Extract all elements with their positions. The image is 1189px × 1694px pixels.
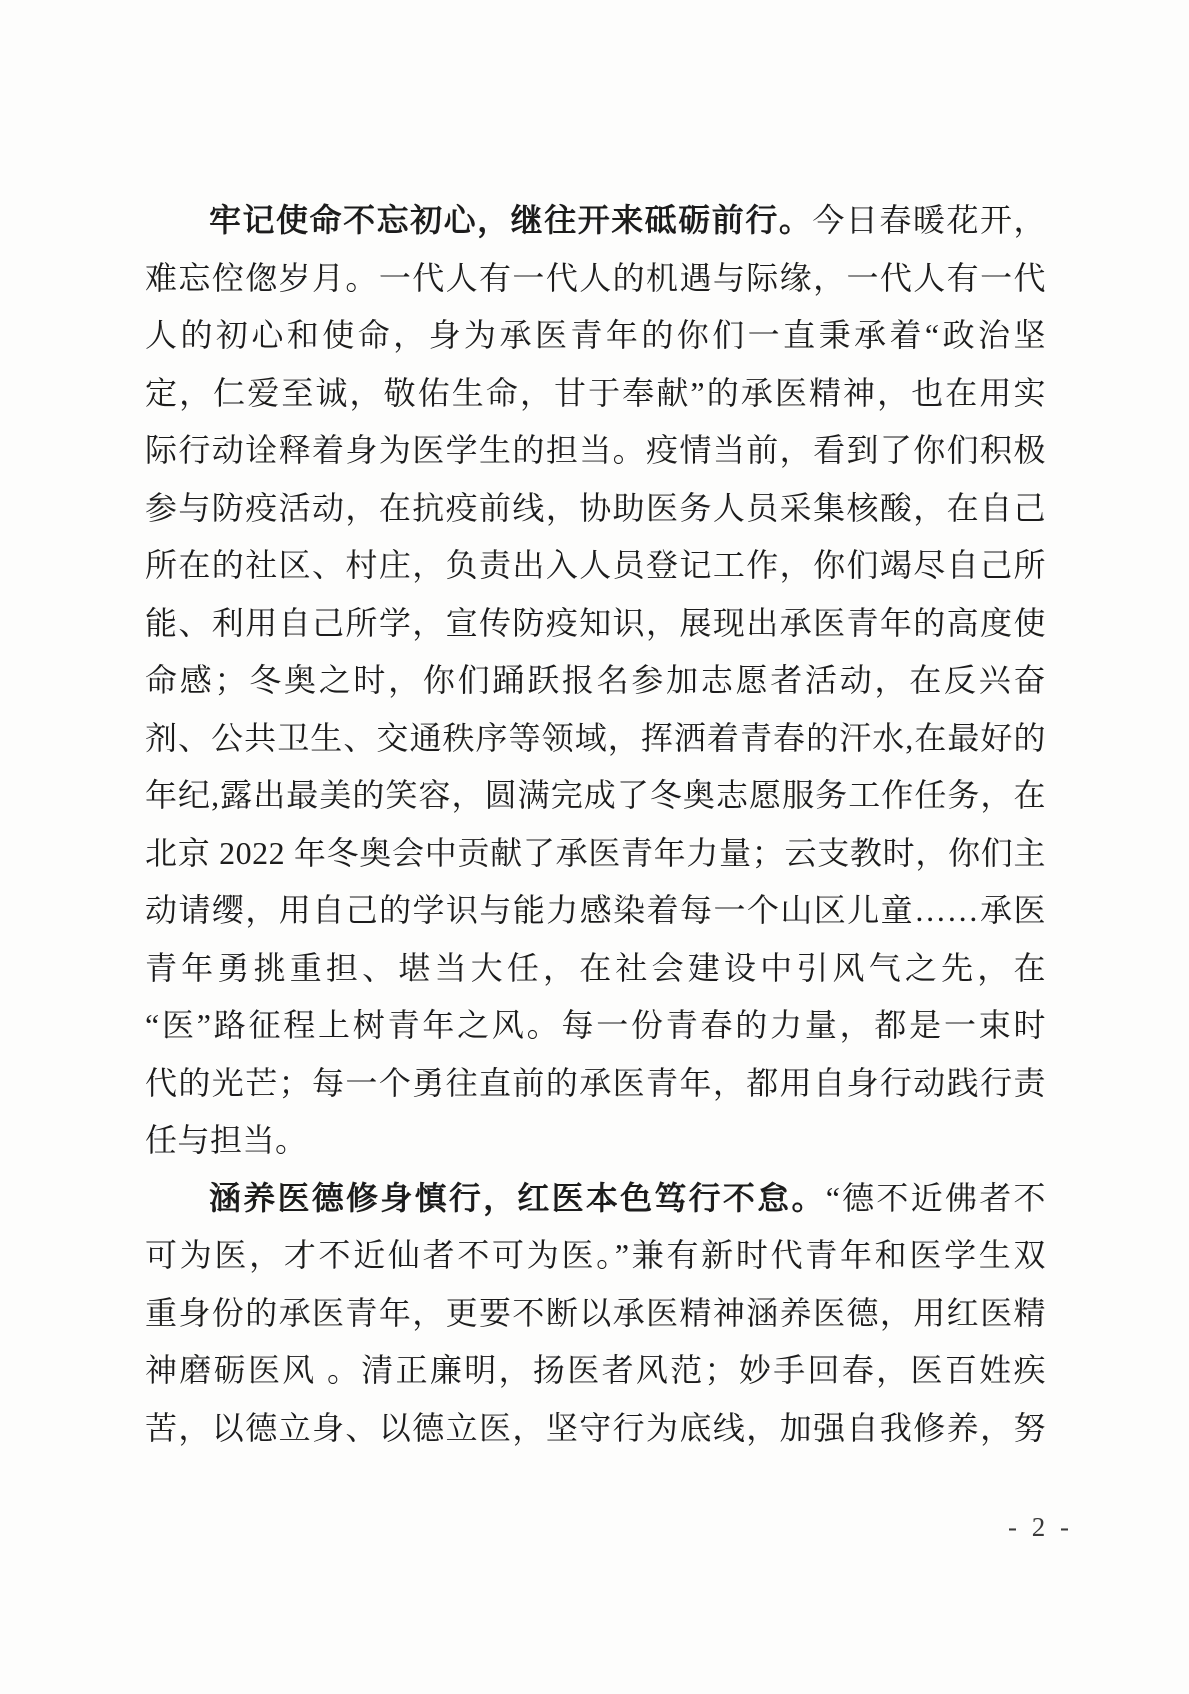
bold-lead-text: 涵养医德修身慎行，红医本色笃行不怠。 [209,1180,826,1216]
text-line: 任与担当。 [145,1112,1046,1170]
text-line: 涵养医德修身慎行，红医本色笃行不怠。“德不近佛者不 [145,1170,1046,1228]
text-line: 牢记使命不忘初心，继往开来砥砺前行。今日春暖花开， [145,192,1046,250]
text-line: 可为医，才不近仙者不可为医。”兼有新时代青年和医学生双 [145,1227,1046,1285]
text-line: 参与防疫活动，在抗疫前线，协助医务人员采集核酸，在自己 [145,480,1046,538]
body-text: 动请缨，用自己的学识与能力感染着每一个山区儿童……承医 [145,892,1046,928]
text-line: 动请缨，用自己的学识与能力感染着每一个山区儿童……承医 [145,882,1046,940]
text-line: 能、利用自己所学，宣传防疫知识，展现出承医青年的高度使 [145,595,1046,653]
text-line: 代的光芒；每一个勇往直前的承医青年，都用自身行动践行责 [145,1055,1046,1113]
body-text: 参与防疫活动，在抗疫前线，协助医务人员采集核酸，在自己 [145,490,1046,526]
text-line: “医”路征程上树青年之风。每一份青春的力量，都是一束时 [145,997,1046,1055]
body-text: 北京 2022 年冬奥会中贡献了承医青年力量；云支教时，你们主 [145,835,1046,871]
body-text: 年纪,露出最美的笑容，圆满完成了冬奥志愿服务工作任务，在 [145,777,1046,813]
body-text: 今日春暖花开， [812,202,1046,238]
document-page: 牢记使命不忘初心，继往开来砥砺前行。今日春暖花开，难忘倥偬岁月。一代人有一代人的… [0,0,1189,1694]
document-body: 牢记使命不忘初心，继往开来砥砺前行。今日春暖花开，难忘倥偬岁月。一代人有一代人的… [145,192,1046,1457]
body-text: 际行动诠释着身为医学生的担当。疫情当前，看到了你们积极 [145,432,1046,468]
paragraph: 牢记使命不忘初心，继往开来砥砺前行。今日春暖花开，难忘倥偬岁月。一代人有一代人的… [145,192,1046,1170]
body-text: 定，仁爱至诚，敬佑生命，甘于奉献”的承医精神，也在用实 [145,375,1046,411]
text-line: 年纪,露出最美的笑容，圆满完成了冬奥志愿服务工作任务，在 [145,767,1046,825]
body-text: 苦，以德立身、以德立医，坚守行为底线，加强自我修养，努 [145,1410,1046,1446]
body-text: 能、利用自己所学，宣传防疫知识，展现出承医青年的高度使 [145,605,1046,641]
body-text: 任与担当。 [145,1122,308,1158]
body-text: “德不近佛者不 [826,1180,1046,1216]
text-line: 神磨砺医风 。清正廉明，扬医者风范；妙手回春，医百姓疾 [145,1342,1046,1400]
body-text: 命感；冬奥之时，你们踊跃报名参加志愿者活动，在反兴奋 [145,662,1046,698]
bold-lead-text: 牢记使命不忘初心，继往开来砥砺前行。 [209,202,812,238]
body-text: 重身份的承医青年，更要不断以承医精神涵养医德，用红医精 [145,1295,1046,1331]
text-line: 定，仁爱至诚，敬佑生命，甘于奉献”的承医精神，也在用实 [145,365,1046,423]
body-text: 剂、公共卫生、交通秩序等领域，挥洒着青春的汗水,在最好的 [145,720,1046,756]
text-line: 苦，以德立身、以德立医，坚守行为底线，加强自我修养，努 [145,1400,1046,1458]
text-line: 命感；冬奥之时，你们踊跃报名参加志愿者活动，在反兴奋 [145,652,1046,710]
paragraph: 涵养医德修身慎行，红医本色笃行不怠。“德不近佛者不可为医，才不近仙者不可为医。”… [145,1170,1046,1458]
text-line: 重身份的承医青年，更要不断以承医精神涵养医德，用红医精 [145,1285,1046,1343]
text-line: 剂、公共卫生、交通秩序等领域，挥洒着青春的汗水,在最好的 [145,710,1046,768]
text-line: 北京 2022 年冬奥会中贡献了承医青年力量；云支教时，你们主 [145,825,1046,883]
text-line: 人的初心和使命，身为承医青年的你们一直秉承着“政治坚 [145,307,1046,365]
body-text: 人的初心和使命，身为承医青年的你们一直秉承着“政治坚 [145,317,1046,353]
page-number: - 2 - [1008,1512,1073,1543]
body-text: 神磨砺医风 。清正廉明，扬医者风范；妙手回春，医百姓疾 [145,1352,1046,1388]
text-line: 际行动诠释着身为医学生的担当。疫情当前，看到了你们积极 [145,422,1046,480]
body-text: 难忘倥偬岁月。一代人有一代人的机遇与际缘，一代人有一代 [145,260,1046,296]
body-text: 青年勇挑重担、堪当大任，在社会建设中引风气之先，在 [145,950,1046,986]
text-line: 所在的社区、村庄，负责出入人员登记工作，你们竭尽自己所 [145,537,1046,595]
body-text: 代的光芒；每一个勇往直前的承医青年，都用自身行动践行责 [145,1065,1046,1101]
text-line: 青年勇挑重担、堪当大任，在社会建设中引风气之先，在 [145,940,1046,998]
body-text: 可为医，才不近仙者不可为医。”兼有新时代青年和医学生双 [145,1237,1046,1273]
text-line: 难忘倥偬岁月。一代人有一代人的机遇与际缘，一代人有一代 [145,250,1046,308]
body-text: 所在的社区、村庄，负责出入人员登记工作，你们竭尽自己所 [145,547,1046,583]
body-text: “医”路征程上树青年之风。每一份青春的力量，都是一束时 [145,1007,1046,1043]
